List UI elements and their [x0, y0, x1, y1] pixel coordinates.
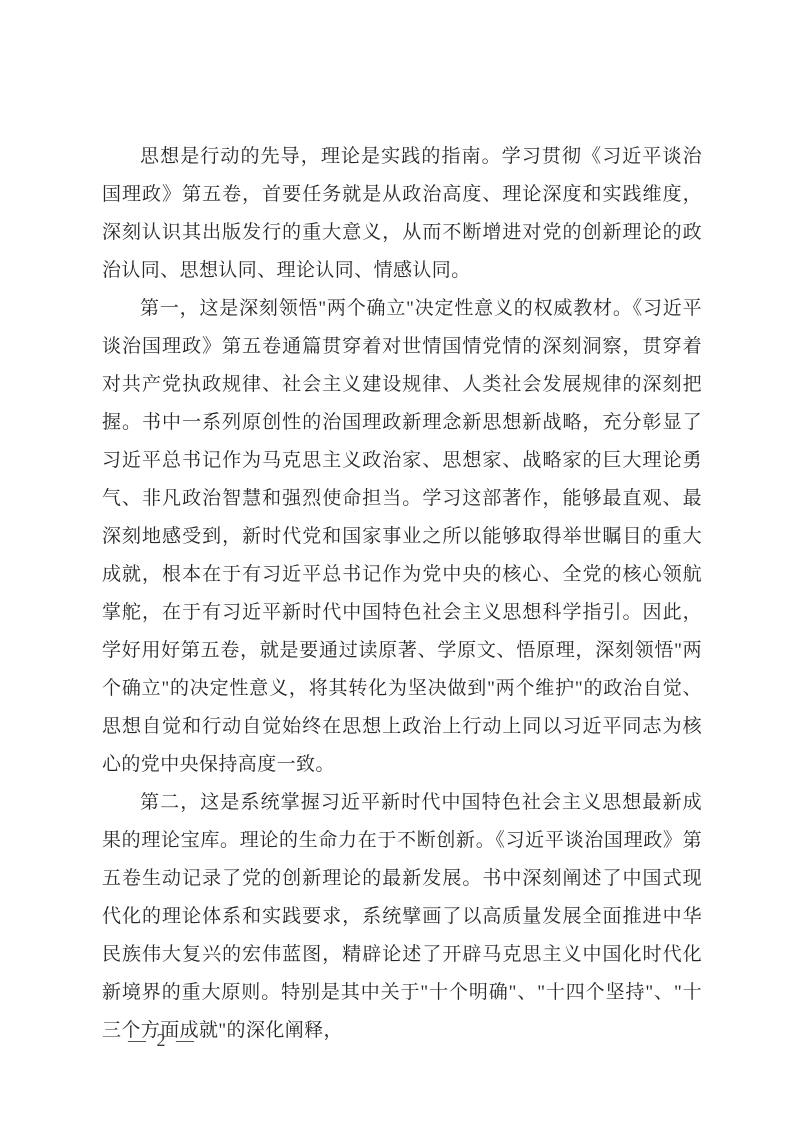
page-number: — 2 —: [128, 1028, 197, 1052]
document-body: 思想是行动的先导，理论是实践的指南。学习贯彻《习近平谈治国理政》第五卷，首要任务…: [102, 138, 702, 1050]
paragraph-intro: 思想是行动的先导，理论是实践的指南。学习贯彻《习近平谈治国理政》第五卷，首要任务…: [102, 138, 702, 290]
paragraph-second-point: 第二，这是系统掌握习近平新时代中国特色社会主义思想最新成果的理论宝库。理论的生命…: [102, 784, 702, 1050]
paragraph-first-point: 第一，这是深刻领悟"两个确立"决定性意义的权威教材。《习近平谈治国理政》第五卷通…: [102, 290, 702, 784]
document-page: 思想是行动的先导，理论是实践的指南。学习贯彻《习近平谈治国理政》第五卷，首要任务…: [0, 0, 793, 1122]
